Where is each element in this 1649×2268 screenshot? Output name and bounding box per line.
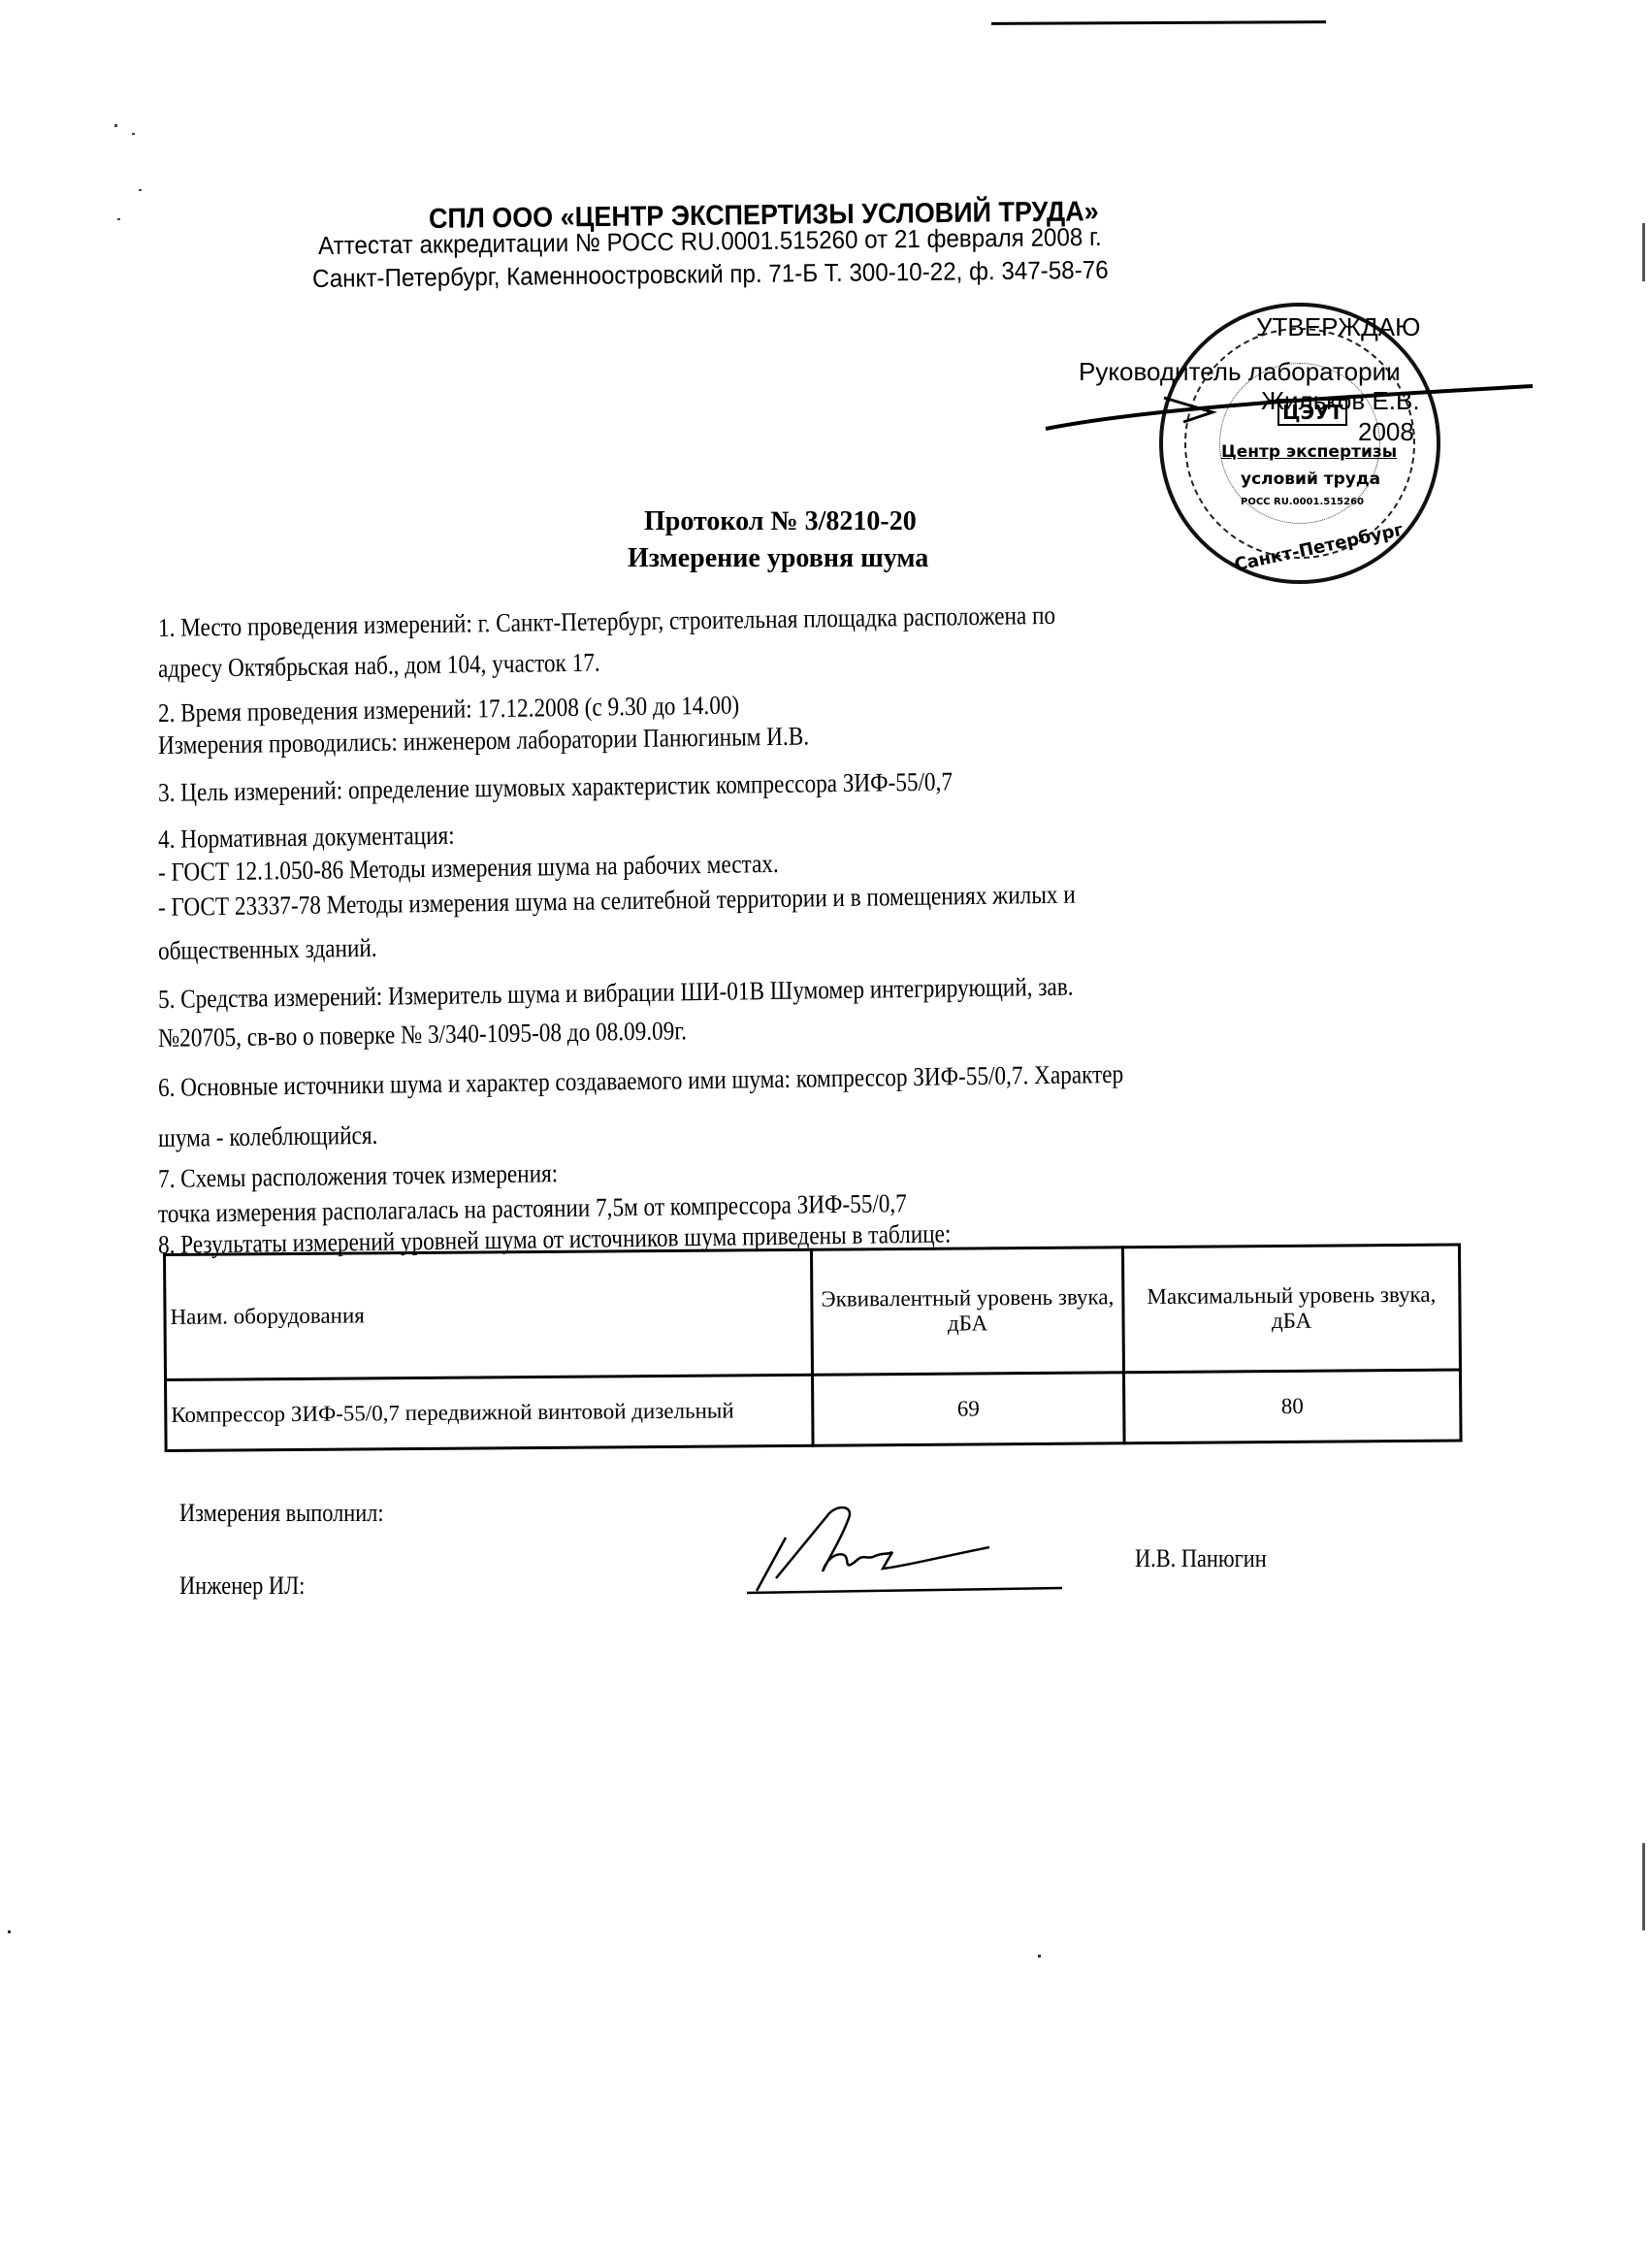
header-equipment: Наим. оборудования: [165, 1249, 813, 1379]
item-4-docs: 4. Нормативная документация:: [158, 821, 455, 855]
item-4-gost-1: - ГОСТ 12.1.050-86 Методы измерения шума…: [158, 849, 779, 888]
document-title: Протокол № 3/8210-20: [644, 506, 917, 537]
engineer-name: И.В. Панюгин: [1135, 1544, 1267, 1573]
item-6-sources: 6. Основные источники шума и характер со…: [158, 1059, 1123, 1103]
cell-equivalent-level: 69: [813, 1373, 1125, 1446]
item-3-goal: 3. Цель измерений: определение шумовых х…: [158, 766, 953, 808]
scan-speck: [132, 133, 135, 135]
scan-speck: [114, 124, 117, 127]
scan-speck: [1642, 1843, 1645, 1930]
item-4-gost-2-cont: общественных зданий.: [158, 933, 377, 966]
engineer-signature: [737, 1499, 1067, 1596]
item-5-instruments-cont: №20705, св-во о поверке № 3/340-1095-08 …: [158, 1016, 687, 1053]
scan-speck: [1038, 1955, 1041, 1958]
scan-line-top: [991, 20, 1326, 25]
header-max-level: Максимальный уровень звука, дБА: [1122, 1245, 1460, 1373]
cell-equipment: Компрессор ЗИФ-55/0,7 передвижной винтов…: [166, 1375, 814, 1450]
performed-label: Измерения выполнил:: [179, 1499, 384, 1528]
engineer-label: Инженер ИЛ:: [179, 1571, 305, 1601]
stamp-line3: РОСС RU.0001.515260: [1241, 497, 1364, 507]
item-5-instruments: 5. Средства измерений: Измеритель шума и…: [158, 972, 1074, 1015]
item-1-place: 1. Место проведения измерений: г. Санкт-…: [158, 600, 1055, 643]
results-table: Наим. оборудования Эквивалентный уровень…: [163, 1243, 1463, 1452]
approval-signature: [1038, 369, 1542, 446]
item-7-scheme: 7. Схемы расположения точек измерения:: [158, 1158, 558, 1194]
scan-speck: [1642, 223, 1645, 281]
table-header-row: Наим. оборудования Эквивалентный уровень…: [165, 1245, 1461, 1379]
approve-label: УТВЕРЖДАЮ: [1256, 312, 1420, 342]
scan-speck: [8, 1930, 11, 1933]
address-line: Санкт-Петербург, Каменноостровский пр. 7…: [312, 255, 1109, 294]
table-row: Компрессор ЗИФ-55/0,7 передвижной винтов…: [166, 1370, 1462, 1450]
stamp-line2: условий труда: [1241, 470, 1380, 489]
item-4-gost-2: - ГОСТ 23337-78 Методы измерения шума на…: [158, 880, 1076, 923]
scan-speck: [117, 218, 120, 220]
item-6-sources-cont: шума - колеблющийся.: [158, 1120, 378, 1153]
document-subtitle: Измерение уровня шума: [628, 543, 928, 574]
item-1-address: адресу Октябрьская наб., дом 104, участо…: [158, 648, 600, 684]
header-equivalent-level: Эквивалентный уровень звука, дБА: [811, 1247, 1123, 1376]
cell-max-level: 80: [1123, 1370, 1461, 1443]
scan-speck: [139, 189, 142, 191]
